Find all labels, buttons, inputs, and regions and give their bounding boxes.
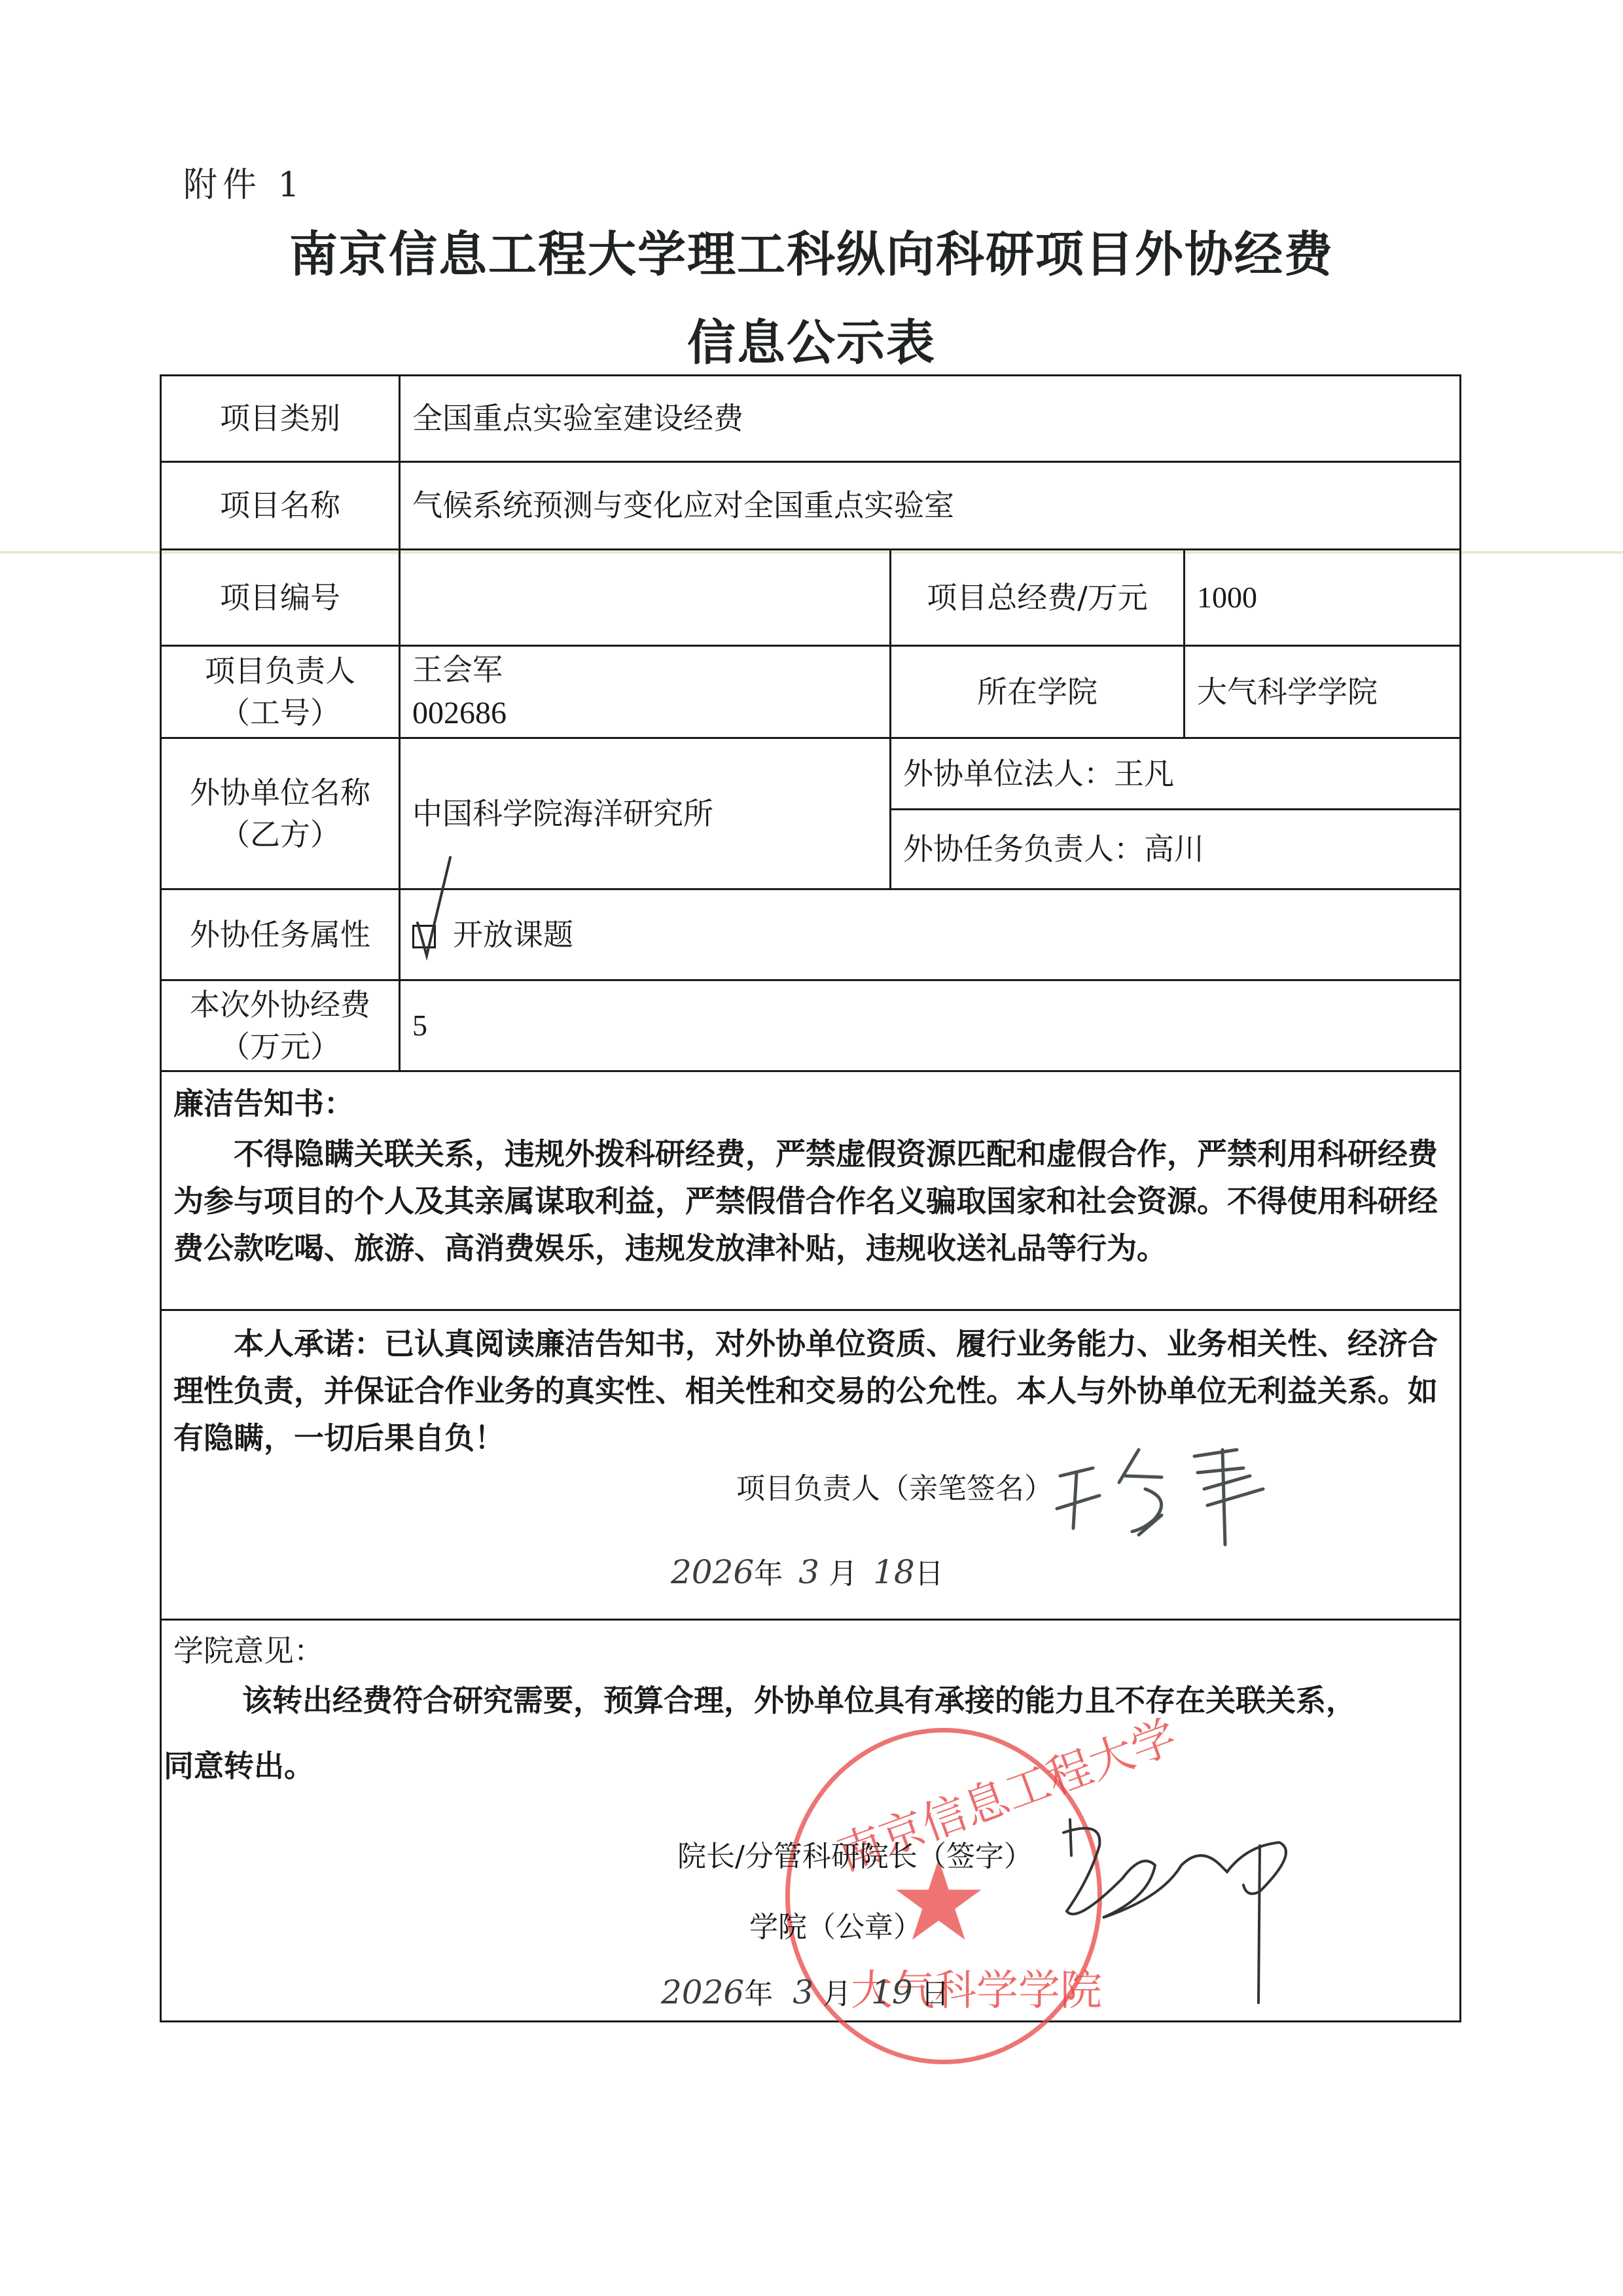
value-college: 大气科学学院	[1185, 646, 1461, 738]
label-total-budget: 项目总经费/万元	[891, 550, 1185, 646]
label-this-funding-line2: （万元）	[173, 1026, 387, 1067]
partner-task-leader: 外协任务负责人：高川	[891, 810, 1461, 889]
value-partner-legal-rep: 王凡	[1114, 756, 1174, 791]
handwritten-signature-dean	[1063, 1806, 1391, 2029]
leader-name: 王会军	[412, 649, 878, 691]
row-partner-unit-a: 外协单位名称 （乙方） 中国科学院海洋研究所 外协单位法人：王凡	[161, 738, 1461, 810]
value-project-category: 全国重点实验室建设经费	[400, 376, 1461, 462]
row-project-number: 项目编号 项目总经费/万元 1000	[161, 550, 1461, 646]
college-opinion-body-line2: 同意转出。	[164, 1742, 314, 1785]
integrity-notice-heading: 廉洁告知书：	[173, 1081, 1448, 1126]
label-project-number: 项目编号	[161, 550, 400, 646]
college-opinion-body-line1: 该转出经费符合研究需要，预算合理，外协单位具有承接的能力且不存在关联关系，	[242, 1677, 1356, 1720]
value-project-leader: 王会军 002686	[400, 646, 891, 738]
value-project-name: 气候系统预测与变化应对全国重点实验室	[400, 462, 1461, 550]
row-integrity-notice: 廉洁告知书： 不得隐瞒关联关系，违规外拨科研经费，严禁虚假资源匹配和虚假合作，严…	[161, 1071, 1461, 1310]
label-project-leader-line2: （工号）	[173, 692, 387, 734]
info-table: 项目类别 全国重点实验室建设经费 项目名称 气候系统预测与变化应对全国重点实验室…	[160, 374, 1461, 2022]
label-project-category: 项目类别	[161, 376, 400, 462]
label-this-funding-line1: 本次外协经费	[173, 984, 387, 1026]
value-partner-task-leader: 高川	[1144, 831, 1204, 867]
checkmark-icon	[412, 857, 465, 962]
label-college: 所在学院	[891, 646, 1185, 738]
college-date-year: 2026	[661, 1973, 744, 2011]
document-title: 南京信息工程大学理工科纵向科研项目外协经费	[0, 216, 1623, 285]
partner-legal-rep: 外协单位法人：王凡	[891, 738, 1461, 810]
college-date-year-unit: 年	[744, 1977, 773, 2011]
row-this-funding: 本次外协经费 （万元） 5	[161, 980, 1461, 1071]
college-opinion-date: 2026年 3 月 19日	[661, 1970, 950, 2012]
value-project-number	[400, 550, 891, 646]
open-topic-option-label: 开放课题	[453, 917, 573, 952]
row-task-attribute: 外协任务属性 开放课题	[161, 889, 1461, 980]
pledge-date-day-unit: 日	[915, 1557, 944, 1590]
college-seal-label: 学院（公章）	[749, 1903, 922, 1945]
college-opinion-heading: 学院意见：	[173, 1630, 1448, 1672]
integrity-notice-body: 不得隐瞒关联关系，违规外拨科研经费，严禁虚假资源匹配和虚假合作，严禁利用科研经费…	[173, 1130, 1448, 1272]
pledge-date: 2026年 3 月 18日	[671, 1550, 944, 1592]
label-project-leader: 项目负责人 （工号）	[161, 646, 400, 738]
label-partner-unit-line1: 外协单位名称	[173, 772, 387, 814]
signature-label: 项目负责人（亲笔签名）	[736, 1465, 1053, 1507]
college-date-month: 3	[793, 1973, 813, 2011]
attachment-label: 附件 1	[183, 157, 305, 206]
college-date-month-unit: 月	[823, 1977, 851, 2011]
pledge-date-day: 18	[873, 1553, 915, 1591]
row-project-leader: 项目负责人 （工号） 王会军 002686 所在学院 大气科学学院	[161, 646, 1461, 738]
label-this-funding: 本次外协经费 （万元）	[161, 980, 400, 1071]
college-date-day-unit: 日	[921, 1977, 950, 2011]
pledge-date-year: 2026	[671, 1553, 754, 1591]
handwritten-signature-leader	[1047, 1437, 1322, 1548]
label-project-leader-line1: 项目负责人	[173, 650, 387, 692]
label-partner-unit-line2: （乙方）	[173, 814, 387, 855]
value-partner-unit: 中国科学院海洋研究所	[400, 738, 891, 889]
pledge-date-month-unit: 月	[829, 1557, 857, 1590]
label-partner-unit: 外协单位名称 （乙方）	[161, 738, 400, 889]
document-subtitle: 信息公示表	[0, 304, 1623, 374]
dean-signature-label: 院长/分管科研院长（签字）	[677, 1833, 1033, 1874]
row-project-category: 项目类别 全国重点实验室建设经费	[161, 376, 1461, 462]
value-total-budget: 1000	[1185, 550, 1461, 646]
college-date-day: 19	[871, 1973, 913, 2011]
label-partner-task-leader: 外协任务负责人：	[903, 831, 1144, 867]
label-project-name: 项目名称	[161, 462, 400, 550]
integrity-notice: 廉洁告知书： 不得隐瞒关联关系，违规外拨科研经费，严禁虚假资源匹配和虚假合作，严…	[161, 1071, 1461, 1310]
pledge-date-month: 3	[798, 1553, 819, 1591]
value-this-funding: 5	[400, 980, 1461, 1071]
leader-id: 002686	[412, 691, 878, 735]
label-partner-legal-rep: 外协单位法人：	[903, 756, 1114, 791]
label-task-attribute: 外协任务属性	[161, 889, 400, 980]
row-project-name: 项目名称 气候系统预测与变化应对全国重点实验室	[161, 462, 1461, 550]
value-task-attribute: 开放课题	[400, 889, 1461, 980]
pledge-date-year-unit: 年	[754, 1557, 783, 1590]
